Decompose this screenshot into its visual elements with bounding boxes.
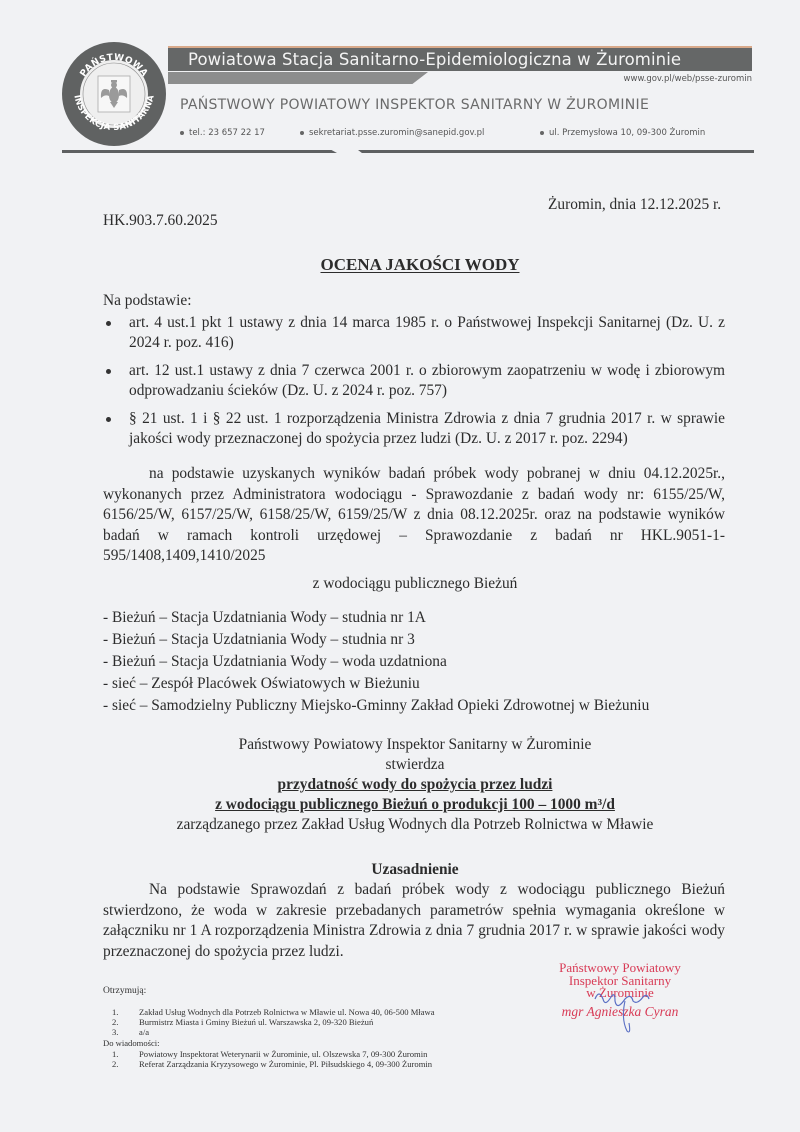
verdict-line-2: z wodociągu publicznego Bieżuń o produkc… bbox=[0, 795, 800, 815]
sanitary-inspection-logo-icon: PAŃSTWOWA INSPEKCJA SANITARNA bbox=[60, 40, 168, 148]
justification-title: Uzasadnienie bbox=[0, 860, 800, 880]
legal-basis-list: art. 4 ust.1 pkt 1 ustawy z dnia 14 marc… bbox=[103, 313, 725, 457]
list-item: - Bieżuń – Stacja Uzdatniania Wody – stu… bbox=[103, 629, 649, 651]
list-item: - Bieżuń – Stacja Uzdatniania Wody – stu… bbox=[103, 607, 649, 629]
recipients-list: 1.Zakład Usług Wodnych dla Potrzeb Rolni… bbox=[112, 1007, 435, 1038]
list-item: 1.Powiatowy Inspektorat Weterynarii w Żu… bbox=[112, 1049, 432, 1059]
website-link[interactable]: www.gov.pl/web/psse-zuromin bbox=[624, 74, 752, 84]
list-item: 3.a/a bbox=[112, 1027, 435, 1037]
sampling-points-list: - Bieżuń – Stacja Uzdatniania Wody – stu… bbox=[103, 607, 649, 717]
header-divider-left bbox=[62, 150, 337, 153]
document-page: PAŃSTWOWA INSPEKCJA SANITARNA Powiatowa … bbox=[0, 0, 800, 1132]
list-item: 2.Referat Zarządzania Kryzysowego w Żuro… bbox=[112, 1059, 432, 1069]
list-item: - sieć – Zespół Placówek Oświatowych w B… bbox=[103, 673, 649, 695]
info-label: Do wiadomości: bbox=[103, 1038, 160, 1049]
place-date: Żuromin, dnia 12.12.2025 r. bbox=[548, 195, 721, 215]
recipients-label: Otrzymują: bbox=[103, 986, 146, 997]
basis-label: Na podstawie: bbox=[103, 291, 191, 311]
supply-line: z wodociągu publicznego Bieżuń bbox=[0, 574, 800, 594]
address: ul. Przemysłowa 10, 09-300 Żuromin bbox=[540, 128, 705, 138]
verdict-line-1: przydatność wody do spożycia przez ludzi bbox=[0, 775, 800, 795]
managed-by: zarządzanego przez Zakład Usług Wodnych … bbox=[0, 815, 800, 835]
bullet-icon bbox=[300, 131, 304, 135]
bullet-icon bbox=[180, 131, 184, 135]
justification-text: Na podstawie Sprawozdań z badań próbek w… bbox=[103, 880, 725, 962]
list-item: - Bieżuń – Stacja Uzdatniania Wody – wod… bbox=[103, 651, 649, 673]
list-item: § 21 ust. 1 i § 22 ust. 1 rozporządzenia… bbox=[103, 409, 725, 449]
header-divider-right bbox=[358, 150, 754, 153]
handwritten-signature-icon bbox=[585, 985, 705, 1035]
authority: Państwowy Powiatowy Inspektor Sanitarny … bbox=[0, 735, 800, 755]
station-name: Powiatowa Stacja Sanitarno-Epidemiologic… bbox=[188, 48, 681, 71]
email-link[interactable]: sekretariat.psse.zuromin@sanepid.gov.pl bbox=[300, 128, 484, 138]
bullet-icon bbox=[540, 131, 544, 135]
document-title: OCENA JAKOŚCI WODY bbox=[0, 255, 800, 275]
info-list: 1.Powiatowy Inspektorat Weterynarii w Żu… bbox=[112, 1049, 432, 1069]
list-item: 2.Burmistrz Miasta i Gminy Bieżuń ul. Wa… bbox=[112, 1017, 435, 1027]
list-item: art. 12 ust.1 ustawy z dnia 7 czerwca 20… bbox=[103, 361, 725, 401]
list-item: art. 4 ust.1 pkt 1 ustawy z dnia 14 marc… bbox=[103, 313, 725, 353]
reference-number: HK.903.7.60.2025 bbox=[103, 211, 218, 231]
inspector-title: PAŃSTWOWY POWIATOWY INSPEKTOR SANITARNY … bbox=[180, 97, 649, 113]
list-item: - sieć – Samodzielny Publiczny Miejsko-G… bbox=[103, 695, 649, 717]
results-paragraph: na podstawie uzyskanych wyników badań pr… bbox=[103, 464, 725, 567]
phone: tel.: 23 657 22 17 bbox=[180, 128, 265, 138]
list-item: 1.Zakład Usług Wodnych dla Potrzeb Rolni… bbox=[112, 1007, 435, 1017]
station-name-bar: Powiatowa Stacja Sanitarno-Epidemiologic… bbox=[168, 46, 752, 71]
header-accent-bar bbox=[168, 72, 428, 84]
confirms: stwierdza bbox=[0, 755, 800, 775]
